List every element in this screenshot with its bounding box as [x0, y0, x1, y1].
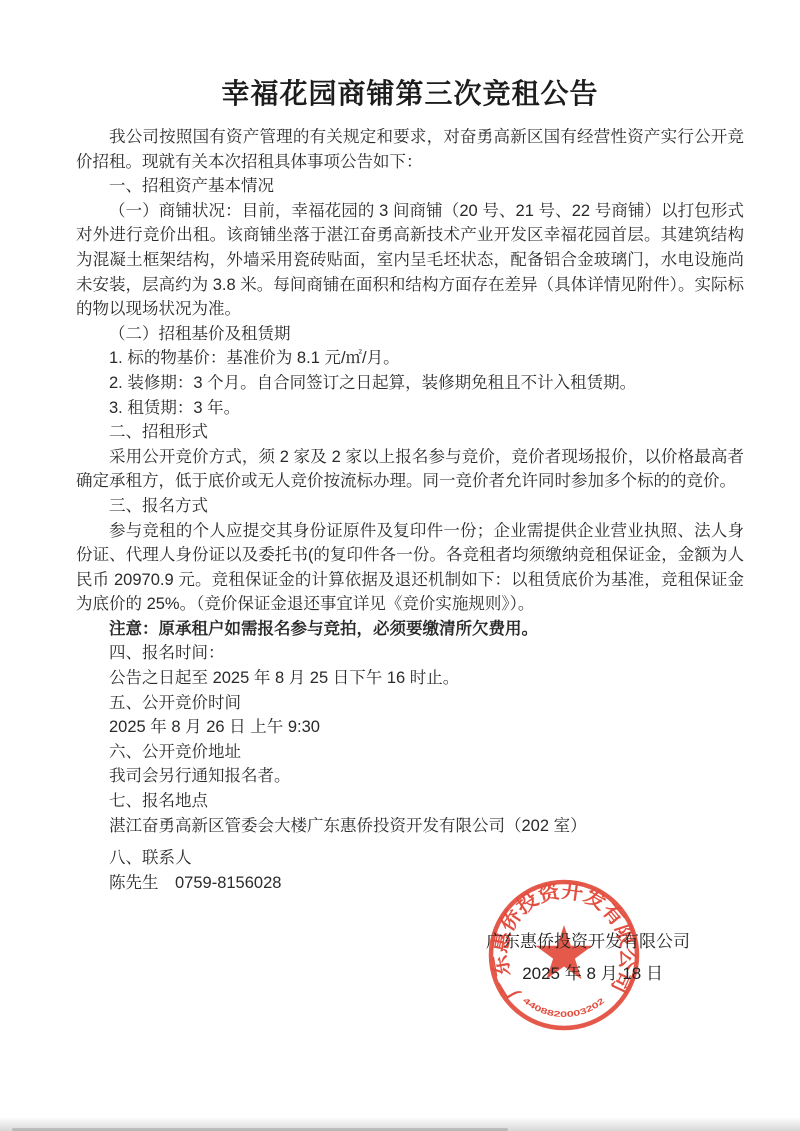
notice-line: 注意：原承租户如需报名参与竞拍，必须要缴清所欠费用。	[76, 617, 744, 642]
section-7-heading: 七、报名地点	[76, 789, 744, 814]
registration-place-line: 湛江奋勇高新区管委会大楼广东惠侨投资开发有限公司（202 室）	[76, 814, 744, 839]
section-5-heading: 五、公开竞价时间	[76, 691, 744, 716]
renovation-period-item: 2. 装修期：3 个月。自合同签订之日起算，装修期免租且不计入租赁期。	[76, 371, 744, 396]
signature-company: 广东惠侨投资开发有限公司	[486, 929, 690, 955]
intro-paragraph: 我公司按照国有资产管理的有关规定和要求，对奋勇高新区国有经营性资产实行公开竞价招…	[76, 125, 744, 174]
registration-time-line: 公告之日起至 2025 年 8 月 25 日下午 16 时止。	[76, 666, 744, 691]
document-content: 幸福花园商铺第三次竞租公告 我公司按照国有资产管理的有关规定和要求，对奋勇高新区…	[76, 0, 744, 895]
section-6-heading: 六、公开竞价地址	[76, 740, 744, 765]
section-8-heading: 八、联系人	[76, 846, 744, 871]
contact-line: 陈先生 0759-8156028	[76, 871, 744, 896]
section-1-heading: 一、招租资产基本情况	[76, 174, 744, 199]
document-page: 幸福花园商铺第三次竞租公告 我公司按照国有资产管理的有关规定和要求，对奋勇高新区…	[0, 0, 800, 1131]
section-4-heading: 四、报名时间：	[76, 641, 744, 666]
base-price-subheading: （二）招租基价及租赁期	[76, 322, 744, 347]
shop-condition-paragraph: （一）商铺状况：目前，幸福花园的 3 间商铺（20 号、21 号、22 号商铺）…	[76, 199, 744, 322]
bidding-time-line: 2025 年 8 月 26 日 上午 9:30	[76, 715, 744, 740]
section-2-heading: 二、招租形式	[76, 420, 744, 445]
section-3-heading: 三、报名方式	[76, 494, 744, 519]
bidding-form-paragraph: 采用公开竞价方式，须 2 家及 2 家以上报名参与竞价，竞价者现场报价，以价格最…	[76, 445, 744, 494]
lease-term-item: 3. 租赁期：3 年。	[76, 396, 744, 421]
svg-text:4408820003202: 4408820003202	[521, 996, 607, 1019]
document-body: 我公司按照国有资产管理的有关规定和要求，对奋勇高新区国有经营性资产实行公开竞价招…	[76, 125, 744, 895]
bidding-address-line: 我司会另行通知报名者。	[76, 764, 744, 789]
page-title: 幸福花园商铺第三次竞租公告	[76, 78, 744, 112]
base-price-item: 1. 标的物基价：基准价为 8.1 元/㎡/月。	[76, 346, 744, 371]
seal-serial-number: 4408820003202	[521, 996, 607, 1019]
signature-block: 广东惠侨投资开发有限公司 2025 年 8 月 18 日	[486, 929, 690, 987]
signature-date: 2025 年 8 月 18 日	[486, 961, 663, 987]
registration-paragraph: 参与竞租的个人应提交其身份证原件及复印件一份；企业需提供企业营业执照、法人身份证…	[76, 519, 744, 617]
